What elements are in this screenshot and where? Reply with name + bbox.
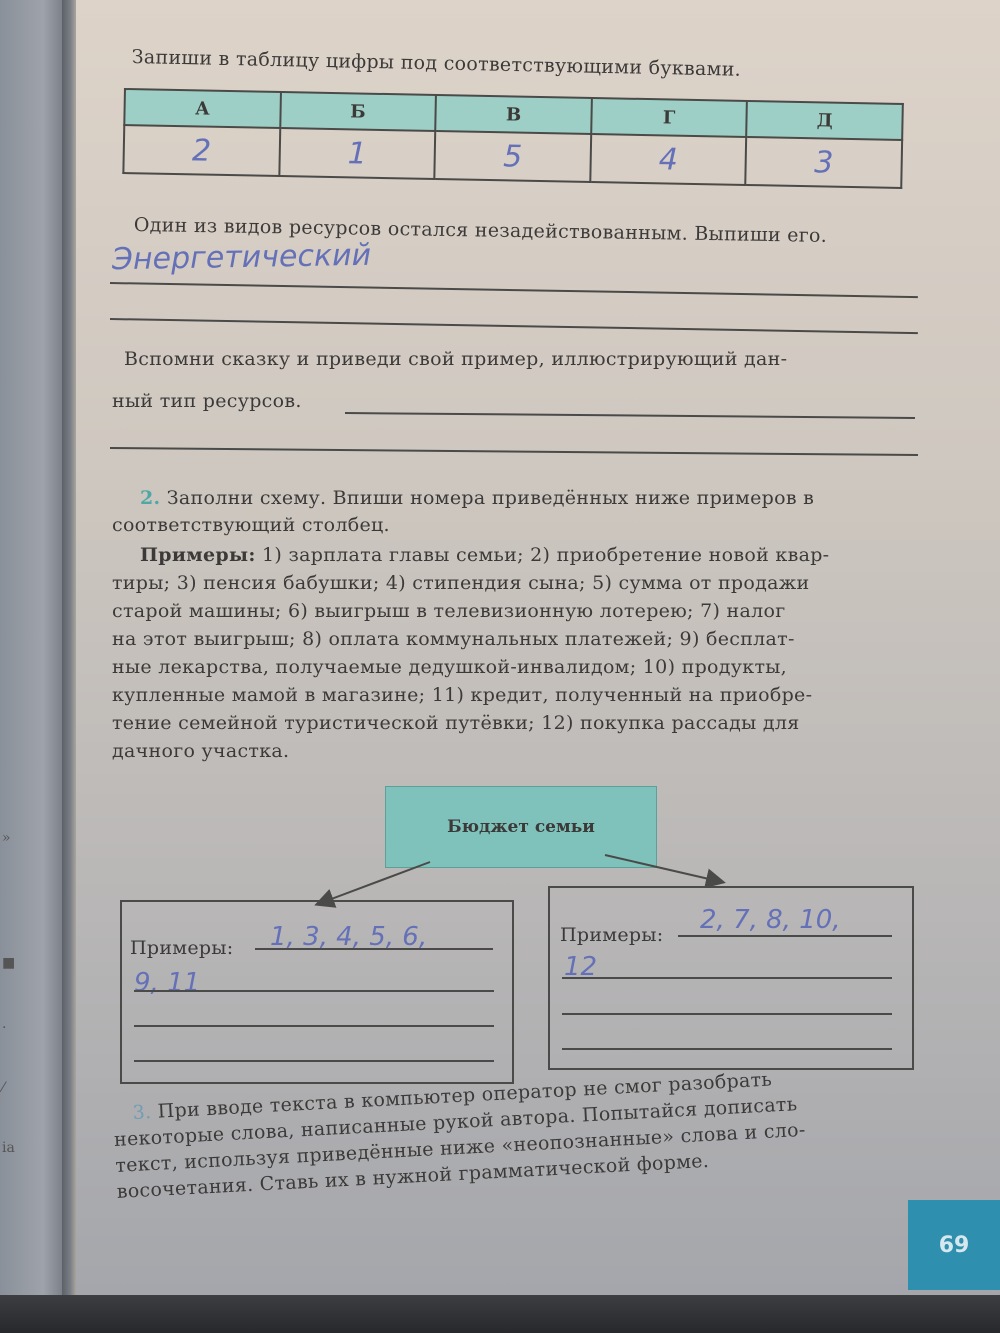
answer-line [678, 935, 892, 937]
answer-line [562, 1013, 892, 1015]
desk-shadow [0, 1295, 1000, 1333]
answer-line [134, 990, 494, 992]
expense-examples-label: Примеры: [560, 922, 664, 948]
answer-line [134, 1060, 494, 1062]
page-number-tab: 69 [908, 1200, 1000, 1290]
task-number: 3. [132, 1101, 152, 1124]
answer-line [562, 977, 892, 979]
page-number: 69 [939, 1233, 970, 1258]
income-answer-cont[interactable]: 9, 11 [134, 968, 200, 998]
answer-line [562, 1048, 892, 1050]
expense-answer[interactable]: 2, 7, 8, 10, [700, 905, 841, 935]
answer-line [134, 1025, 494, 1027]
income-examples-label: Примеры: [130, 935, 234, 961]
answer-line [255, 948, 493, 950]
